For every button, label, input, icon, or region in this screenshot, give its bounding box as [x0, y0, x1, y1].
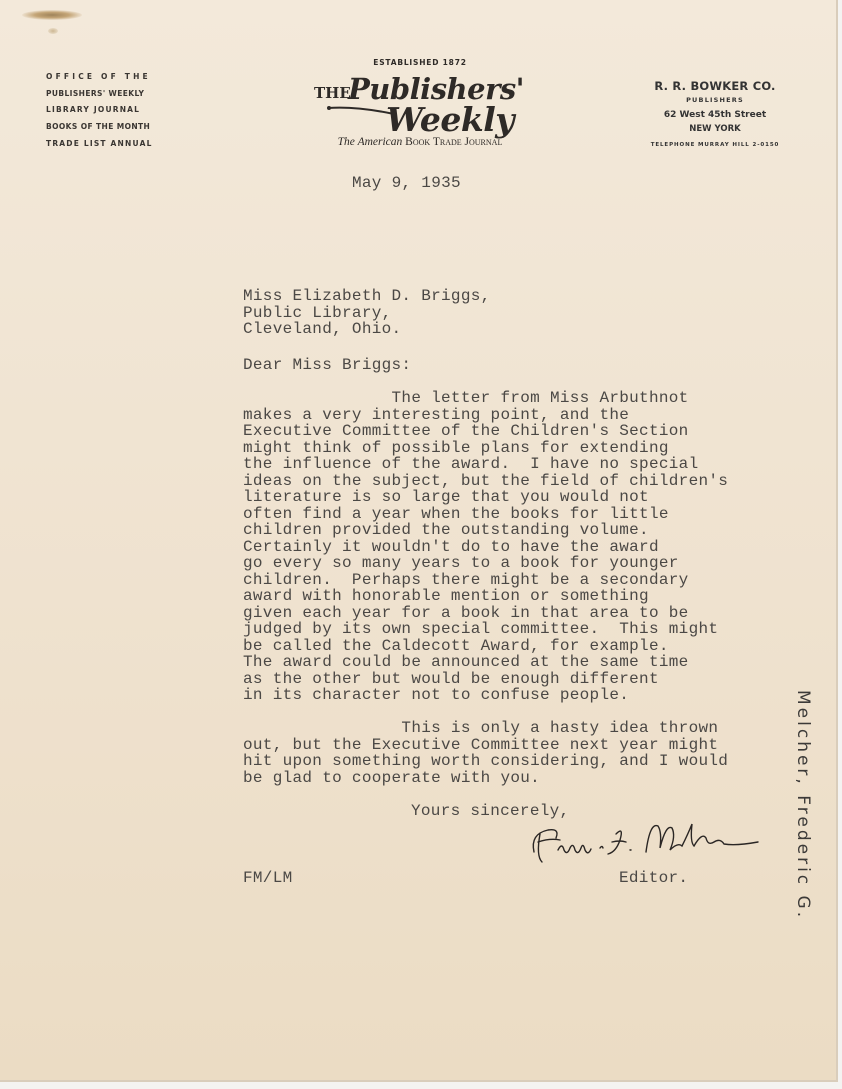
body-line: The letter from Miss Arbuthnot — [243, 390, 728, 407]
masthead-logo: THE Publishers' Weekly — [300, 70, 540, 136]
body-line: be called the Caldecott Award, for examp… — [243, 638, 728, 655]
body-line: award with honorable mention or somethin… — [243, 588, 728, 605]
company-name: R. R. BOWKER CO. — [630, 79, 800, 93]
body-line: go every so many years to a book for you… — [243, 555, 728, 572]
letter-page: OFFICE OF THE PUBLISHERS' WEEKLY LIBRARY… — [0, 0, 838, 1082]
addressee-line: Cleveland, Ohio. — [243, 321, 491, 338]
body-line: This is only a hasty idea thrown — [243, 720, 728, 737]
company-city: NEW YORK — [630, 124, 800, 134]
paragraph-1: The letter from Miss Arbuthnotmakes a ve… — [243, 390, 728, 704]
letter-date: May 9, 1935 — [352, 175, 461, 192]
typist-initials: FM/LM — [243, 870, 293, 887]
body-line: children. Perhaps there might be a secon… — [243, 572, 728, 589]
letterhead-left-line: OFFICE OF THE — [46, 69, 166, 86]
letterhead-left-line: LIBRARY JOURNAL — [46, 102, 166, 119]
company-subtitle: PUBLISHERS — [630, 96, 800, 104]
body-line: out, but the Executive Committee next ye… — [243, 737, 728, 754]
company-telephone: TELEPHONE MURRAY HILL 2-0150 — [630, 142, 800, 148]
rust-stain — [22, 10, 82, 20]
addressee-line: Public Library, — [243, 305, 491, 322]
addressee-line: Miss Elizabeth D. Briggs, — [243, 288, 491, 305]
established-line: ESTABLISHED 1872 — [300, 58, 540, 67]
masthead-weekly: Weekly — [386, 100, 514, 139]
body-line: hit upon something worth considering, an… — [243, 753, 728, 770]
body-line: be glad to cooperate with you. — [243, 770, 728, 787]
paragraph-2: This is only a hasty idea thrownout, but… — [243, 720, 728, 786]
body-line: as the other but would be enough differe… — [243, 671, 728, 688]
letterhead-left-line: PUBLISHERS' WEEKLY — [46, 86, 166, 103]
salutation: Dear Miss Briggs: — [243, 357, 411, 374]
margin-annotation-text: Melcher, Frederic G. — [793, 690, 813, 920]
letterhead-left-line: BOOKS OF THE MONTH — [46, 119, 166, 136]
letterhead-left-block: OFFICE OF THE PUBLISHERS' WEEKLY LIBRARY… — [46, 69, 166, 153]
letterhead-right-block: R. R. BOWKER CO. PUBLISHERS 62 West 45th… — [630, 79, 800, 148]
body-line: in its character not to confuse people. — [243, 687, 728, 704]
body-line: might think of possible plans for extend… — [243, 440, 728, 457]
body-line: children provided the outstanding volume… — [243, 522, 728, 539]
body-line: literature is so large that you would no… — [243, 489, 728, 506]
handwritten-signature-icon — [520, 812, 780, 872]
body-line: often find a year when the books for lit… — [243, 506, 728, 523]
signer-title: Editor. — [619, 870, 688, 887]
masthead-the: THE — [314, 84, 351, 102]
body-line: the influence of the award. I have no sp… — [243, 456, 728, 473]
body-line: The award could be announced at the same… — [243, 654, 728, 671]
masthead: ESTABLISHED 1872 THE Publishers' Weekly … — [300, 58, 540, 148]
body-line: makes a very interesting point, and the — [243, 407, 728, 424]
addressee-block: Miss Elizabeth D. Briggs,Public Library,… — [243, 288, 491, 338]
body-line: judged by its own special committee. Thi… — [243, 621, 728, 638]
company-address: 62 West 45th Street — [630, 110, 800, 120]
paper-spot — [48, 28, 58, 34]
body-line: Certainly it wouldn't do to have the awa… — [243, 539, 728, 556]
body-line: given each year for a book in that area … — [243, 605, 728, 622]
letterhead-left-line: TRADE LIST ANNUAL — [46, 136, 166, 153]
body-line: ideas on the subject, but the field of c… — [243, 473, 728, 490]
body-line: Executive Committee of the Children's Se… — [243, 423, 728, 440]
margin-annotation: Melcher, Frederic G. — [780, 686, 840, 936]
